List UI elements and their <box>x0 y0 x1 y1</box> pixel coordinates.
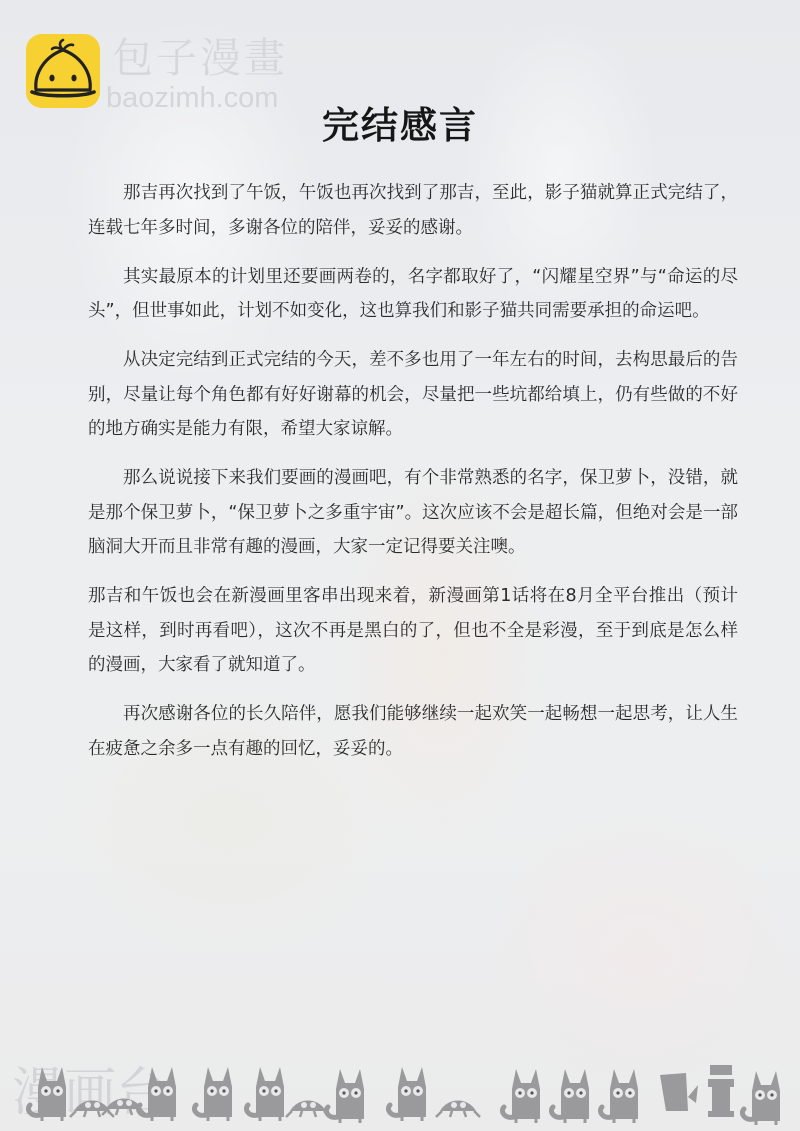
page-title: 完结感言 <box>0 107 800 144</box>
paragraph-4: 那么说说接下来我们要画的漫画吧，有个非常熟悉的名字，保卫萝卜，没错，就是那个保卫… <box>88 461 738 565</box>
paragraph-5: 那吉和午饭也会在新漫画里客串出现来着，新漫画第1话将在8月全平台推出（预计是这样… <box>88 579 738 683</box>
afterword-body: 那吉再次找到了午饭，午饭也再次找到了那吉，至此，影子猫就算正式完结了，连载七年多… <box>88 176 738 781</box>
paragraph-1: 那吉再次找到了午饭，午饭也再次找到了那吉，至此，影子猫就算正式完结了，连载七年多… <box>88 176 738 245</box>
baozi-bun-icon <box>26 34 100 108</box>
site-logo[interactable] <box>26 34 100 108</box>
watermark-brand-cn: 包子漫畫 <box>112 38 288 79</box>
paragraph-6: 再次感谢各位的长久陪伴，愿我们能够继续一起欢笑一起畅想一起思考，让人生在疲惫之余… <box>88 697 738 766</box>
footer-decoration: 漫画台 <box>0 1045 800 1131</box>
paragraph-2: 其实最原本的计划里还要画两卷的，名字都取好了，“闪耀星空界”与“命运的尽头”，但… <box>88 260 738 329</box>
paragraph-3: 从决定完结到正式完结的今天，差不多也用了一年左右的时间，去构思最后的告别，尽量让… <box>88 343 738 447</box>
cat-characters-icon <box>0 1045 800 1131</box>
